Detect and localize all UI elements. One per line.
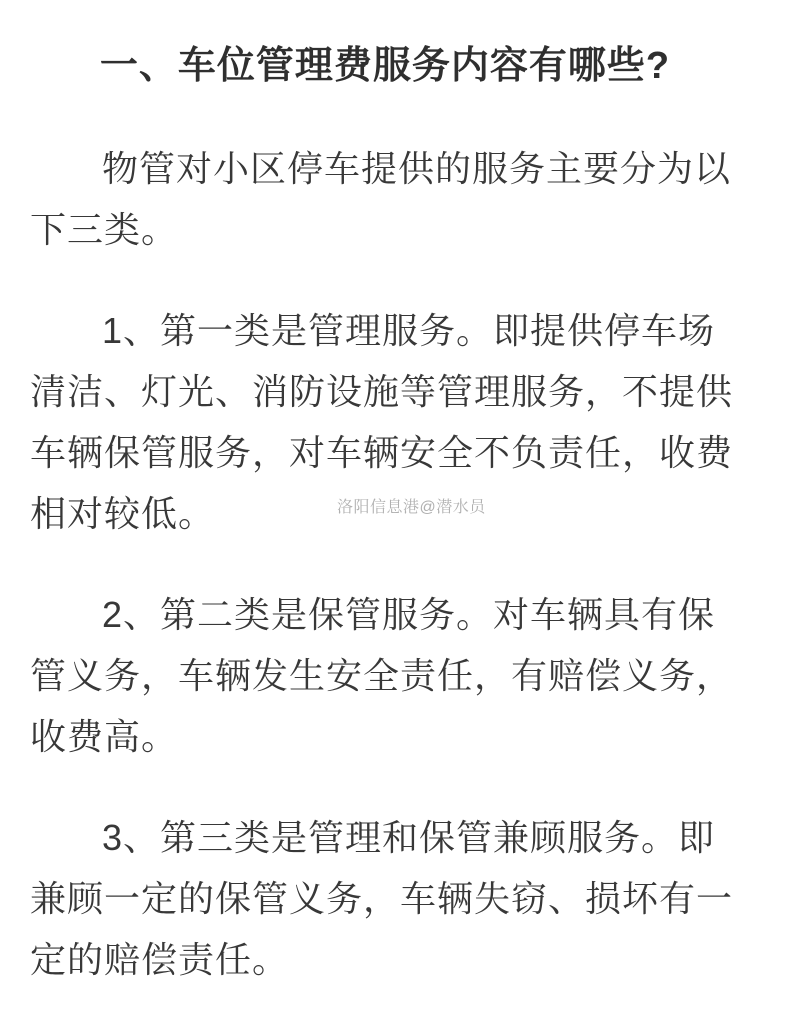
article-page: { "page": { "background": "#ffffff", "ti…	[0, 0, 800, 1025]
list-item-3-paragraph: 3、第三类是管理和保管兼顾服务。即 兼顾一定的保管义务，车辆失窃、损坏有一 定的…	[30, 807, 740, 990]
list-item-2-paragraph: 2、第二类是保管服务。对车辆具有保 管义务，车辆发生安全责任，有赔偿义务， 收费…	[30, 584, 740, 767]
intro-paragraph: 物管对小区停车提供的服务主要分为以 下三类。	[30, 138, 740, 260]
article-content: 一、车位管理费服务内容有哪些? 物管对小区停车提供的服务主要分为以 下三类。 1…	[0, 0, 800, 990]
watermark-text: 洛阳信息港@潜水员	[337, 499, 486, 517]
article-title: 一、车位管理费服务内容有哪些?	[30, 34, 740, 98]
